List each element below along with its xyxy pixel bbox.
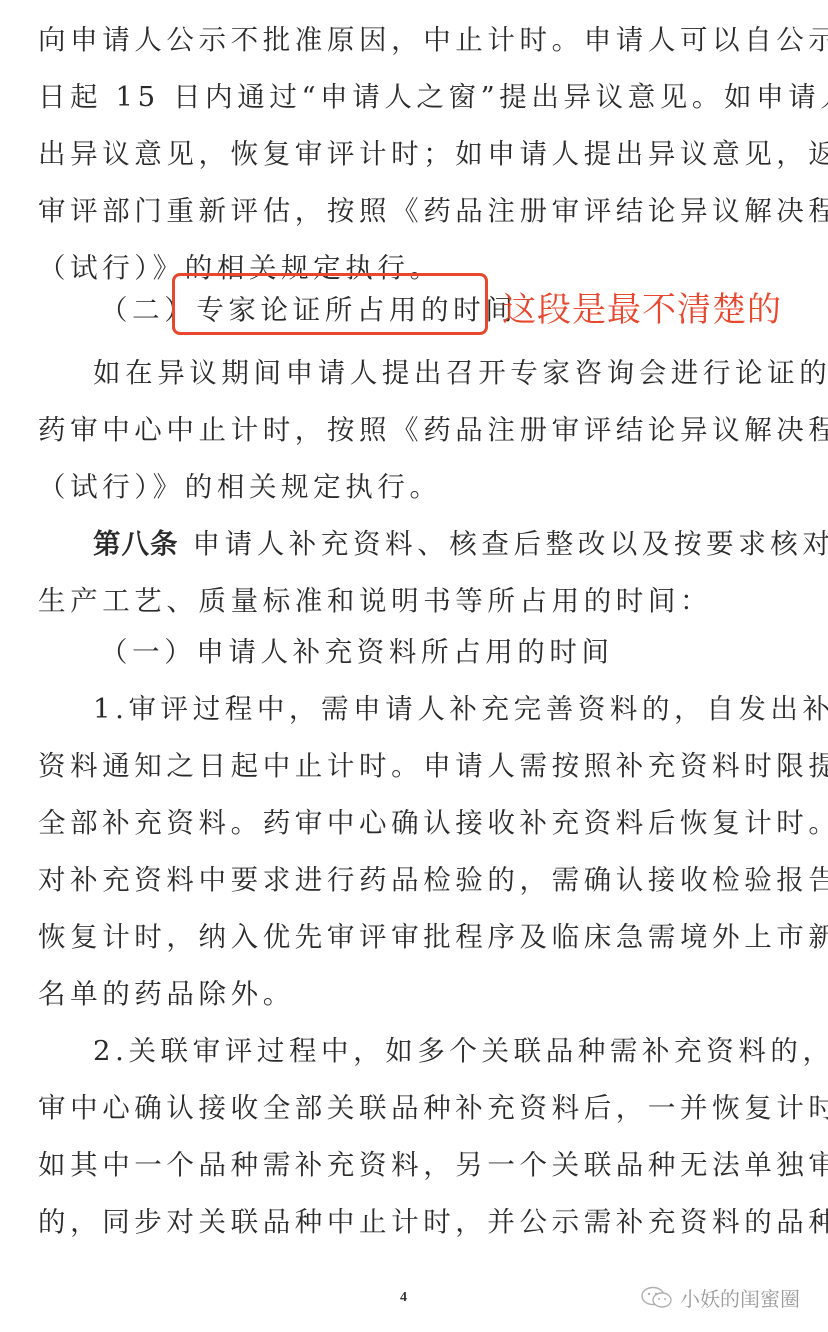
article-8-line: 第八条申请人补充资料、核查后整改以及按要求核对 <box>93 524 793 564</box>
text-line: 如其中一个品种需补充资料，另一个关联品种无法单独审评 <box>38 1145 790 1185</box>
text-line: 生产工艺、质量标准和说明书等所占用的时间： <box>38 581 790 621</box>
article-label: 第八条 <box>93 528 179 560</box>
article-text: 申请人补充资料、核查后整改以及按要求核对 <box>193 528 828 560</box>
text-line: 对补充资料中要求进行药品检验的，需确认接收检验报告后 <box>38 860 790 900</box>
text-line: 恢复计时，纳入优先审评审批程序及临床急需境外上市新药 <box>38 917 790 957</box>
section-heading-supplement: （一）申请人补充资料所占用的时间 <box>100 632 828 672</box>
annotation-text: 这段是最不清楚的 <box>502 290 782 330</box>
watermark-text: 小妖的闺蜜圈 <box>680 1283 800 1312</box>
text-line: 1.审评过程中，需申请人补充完善资料的，自发出补充 <box>93 689 793 729</box>
wechat-icon <box>640 1286 674 1310</box>
text-line: 资料通知之日起中止计时。申请人需按照补充资料时限提交 <box>38 746 790 786</box>
text-line: 审中心确认接收全部关联品种补充资料后，一并恢复计时。 <box>38 1088 790 1128</box>
text-line: 向申请人公示不批准原因，中止计时。申请人可以自公示之 <box>38 20 790 60</box>
watermark: 小妖的闺蜜圈 <box>640 1283 800 1312</box>
text-line: 药审中心中止计时，按照《药品注册审评结论异议解决程序 <box>38 410 790 450</box>
text-line: 日起 15 日内通过“申请人之窗”提出异议意见。如申请人未提 <box>38 77 790 117</box>
page-number: 4 <box>400 1290 407 1306</box>
text-line: 出异议意见，恢复审评计时；如申请人提出异议意见，返回 <box>38 134 790 174</box>
highlight-box <box>172 273 488 335</box>
text-line: 2.关联审评过程中，如多个关联品种需补充资料的，药 <box>93 1031 793 1071</box>
text-line: 审评部门重新评估，按照《药品注册审评结论异议解决程序 <box>38 191 790 231</box>
text-line: 的，同步对关联品种中止计时，并公示需补充资料的品种信 <box>38 1202 790 1242</box>
text-line: 名单的药品除外。 <box>38 974 790 1014</box>
text-line: 如在异议期间申请人提出召开专家咨询会进行论证的， <box>93 353 793 393</box>
text-line: （试行）》的相关规定执行。 <box>38 467 790 507</box>
text-line: 全部补充资料。药审中心确认接收补充资料后恢复计时。针 <box>38 803 790 843</box>
